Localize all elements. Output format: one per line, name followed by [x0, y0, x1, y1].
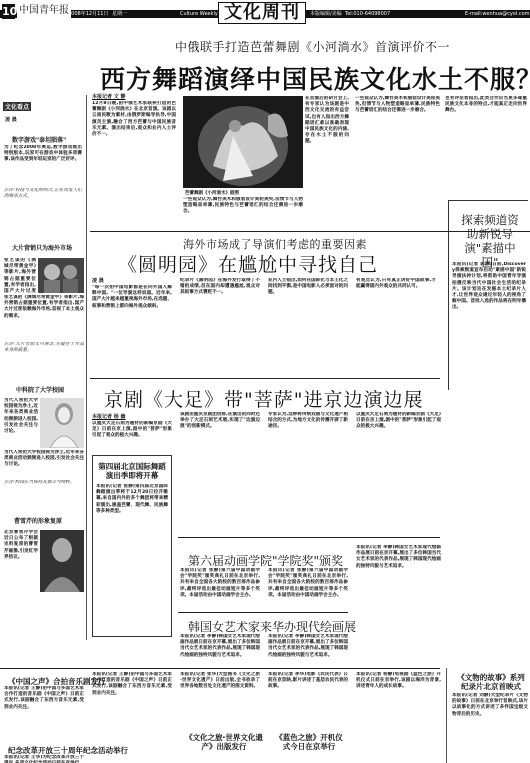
story4-headline: 第六届动画学院"学院奖"颁奖 [188, 552, 343, 569]
brief-body: 本报讯(记者 刘静)大型纪录片《文物的故事》日前在北京举行首映式,该片以故事化的… [452, 693, 528, 763]
section-english: Culture Weekly [180, 10, 218, 18]
discovery-headline: 探索频道资助新锐导演"素描中国" [456, 213, 524, 269]
story2-body-col-1: "每一次拍中国电影都是在向外国人解释中国。"一位导演这样说道。近年来,国产大片越… [92, 285, 172, 375]
brief-body: 本报讯(记者 王静)由中国与多国艺术家合作打造的音乐剧《中国之声》日前正式发行,… [92, 672, 172, 762]
film-still-image [38, 258, 84, 293]
email-address: E-mail:wenhua@cyol.com [465, 10, 530, 18]
section-divider [0, 668, 440, 669]
paper-logo: 中国青年报 [17, 4, 71, 18]
lead-photo-caption: 芭蕾舞剧《小河淌水》剧照 [185, 190, 239, 196]
story5-headline: 韩国女艺术家来华办现代绘画展 [188, 618, 356, 635]
sidebar-section-tag: 文化看点 [3, 102, 31, 111]
sidebar-author: 凌 晨 [5, 116, 17, 123]
issue-date: 2008年12月11日 [68, 10, 108, 18]
lead-body-col-2b: 一些观众认为,舞台美术和服装设计美轮美奂,但情节与人物塑造略显单薄,民族特色与芭… [183, 197, 303, 232]
lead-byline: 本报记者 文 静 [92, 93, 125, 100]
cao-xueqin-portrait-image [40, 530, 84, 592]
story2-body-col-3: 业内人士指出,如何在国际化与本土化之间找到平衡,是中国电影人必须面对的问题。 [268, 278, 348, 375]
section-divider [178, 537, 440, 538]
sidebar-item-comment: 点评:科技与文化的结合,正在改变人们的娱乐方式。 [4, 188, 82, 228]
section-divider [90, 378, 440, 379]
lead-headline: 西方舞蹈演绎中国民族文化水土不服？ [100, 60, 530, 96]
story2-body-col-2: 纪录片《圆明园》在海外发行取得了不错的成绩,但在国内却遭遇尴尬,观众对其叙事方式… [180, 278, 260, 375]
sidebar-divider [86, 95, 87, 640]
editor-info: 本版编辑/美编 [310, 10, 342, 18]
story5-body-col-2: 本报讯(记者 李静)韩国女艺术家现代绘画作品展日前在京开幕,展出了多位韩国当代女… [268, 634, 348, 664]
dance-season-headline: 第四届北京国际舞蹈演出季即将开幕 [96, 462, 168, 480]
story3-body-col-4: 以重庆大足石刻为题材的新编京剧《大足》日前在京上演,剧中的"菩萨"形象引起了观众… [356, 412, 441, 532]
lead-body-col-1: 12月8日晚,由中俄艺术家联袂打造的芭蕾舞剧《小河淌水》在北京首演。该剧以云南民… [92, 101, 176, 231]
sidebar-item-title: 曹雪芹的形象复原 [14, 516, 62, 525]
brief-body: 本报讯(记者 杨静)电视剧《蓝色之旅》开机仪式日前在京举行,该剧以海洋为背景,讲… [356, 672, 441, 762]
story3-body-col-2: 该剧由重庆京剧团创排,在演出的同时还举办了大足石刻艺术展,实现了"边演边展"的创… [180, 412, 260, 532]
sidebar-item-body: 为了纪念2008年奥运,数字游戏推出特别版本,玩家可在游戏中体验多项赛事,该作品… [4, 145, 82, 185]
story5-body-col-1: 本报讯(记者 李静)韩国女艺术家现代绘画作品展日前在京开幕,展出了多位韩国当代女… [180, 634, 260, 664]
lead-body-col-5: 也有评论者指出,此类合作应当更多尊重民族文化本身的特点,才能真正走向世界舞台。 [445, 96, 527, 196]
phone-number: Tel:010-64098007 [345, 10, 390, 18]
story5-body-col-3: 本报讯(记者 李静)韩国女艺术家现代绘画作品展日前在京开幕,展出了多位韩国当代女… [356, 545, 441, 665]
sidebar-item-body: 北京曹雪芹学会近日公布了根据史料复原的曹雪芹画像,引发红学界热议。 [4, 530, 38, 636]
sidebar-item-body: 当代人常把大学校园视为净土,近年来各类商业活动频频进入校园,引发社会关注与讨论。 [4, 398, 38, 446]
section-title: 文化周刊 [218, 2, 306, 24]
column-divider [446, 668, 447, 763]
ballet-dancer-image [183, 96, 303, 188]
sidebar-item-body: 张艺谋的《满城尽带黄金甲》等影片,海外营销占据重要位置,有学者指出,国产大片过度… [4, 258, 36, 293]
sidebar-item-title: 数字游戏"泰坦陨落" [12, 135, 66, 144]
story4-body-col-1: 本报讯(记者 张静)第六届中国动画学会"学院奖"颁奖典礼日前在北京举行,共有来自… [180, 568, 260, 608]
brief-body: 本报讯(记者 张华)大型图书《文化之旅·世界文化遗产》日前出版,全书收录了世界各… [180, 672, 260, 730]
story3-headline: 京剧《大足》带"菩萨"进京边演边展 [104, 385, 423, 412]
story4-body-col-2: 本报讯(记者 张静)第六届中国动画学会"学院奖"颁奖典礼日前在北京举行,共有来自… [268, 568, 348, 608]
section-divider [178, 612, 348, 613]
story2-headline: 《圆明园》在尴尬中寻找自己 [118, 250, 378, 277]
story2-byline: 凌 晨 [92, 277, 104, 284]
film-still-photo [38, 258, 84, 293]
story3-byline: 本报记者 杨 幽 [92, 413, 125, 420]
sidebar-item-title: 中科院了大学校园 [16, 385, 64, 394]
story2-body-col-4: 有观点认为,只有真正讲好中国故事,才能赢得国内外观众的共同认可。 [356, 278, 436, 375]
brief-title: 《文化之旅·世界文化遗产》出版发行 [184, 733, 264, 751]
sidebar-item-title: 大片营销只为海外市场 [12, 243, 72, 252]
woman-portrait-image [40, 398, 84, 448]
dance-season-body: 本报讯(记者 张静)第四届北京国际舞蹈演出季将于12月20日拉开帷幕,来自国内外… [96, 484, 168, 634]
brief-title: 《蓝色之旅》开机仪式今日在京举行 [274, 733, 344, 751]
story3-body-col-3: 专家认为,这种将传统戏曲与文化遗产相结合的方式,为地方文化的传播开辟了新途径。 [268, 412, 348, 532]
sidebar-item-body-cont: 当代人常把大学校园视为净土,近年来各类商业活动频频进入校园,引发社会关注与讨论。 [4, 450, 84, 478]
brief-body: 本报讯(记者 王静)由中国与多国艺术家合作打造的音乐剧《中国之声》日前正式发行,… [4, 686, 84, 736]
brief-title: 《文物的故事》系列纪录片北京首映式 [454, 673, 528, 691]
sidebar-item-comment: 点评:大片营销无可厚非,关键在于作品本身的质量。 [4, 342, 84, 377]
lead-kicker: 中俄联手打造芭蕾舞剧《小河淌水》首演评价不一 [175, 38, 450, 55]
sidebar-item-comment: 点评:校园应当保持其独立与纯粹。 [4, 480, 84, 508]
brief-body: 本报讯(记者 李华)电影《农民代表》日前在京首映,影片讲述了基层农民代表的故事。 [268, 672, 348, 727]
portrait-photo [40, 398, 84, 448]
brief-body: 本报讯(记者 王华)为纪念改革开放三十周年,多项文化纪念活动日前在京举行。 [4, 755, 84, 763]
page-number: 10 [2, 4, 15, 19]
story3-body-col-1: 以重庆大足石刻为题材的新编京剧《大足》日前在京上演,剧中的"菩萨"形象引起了观众… [92, 421, 172, 451]
issue-weekday: 星期一 [112, 10, 127, 18]
sidebar-item-body-cont: 张艺谋的《满城尽带黄金甲》等影片,海外营销占据重要位置,有学者指出,国产大片过度… [4, 295, 84, 340]
portrait-photo [40, 530, 84, 592]
lead-body-col-3: 在首演后的研讨会上,有专家认为该剧是中西文化交流的有益尝试,也有人指出西方舞蹈语… [305, 96, 349, 232]
discovery-body: 本报讯(记者 郭静)日前,Discovery探索频道宣布启动"素描中国"新锐导演… [452, 262, 526, 642]
lead-photo [183, 96, 303, 188]
lead-body-col-4: 一些观众认为,舞台美术和服装设计美轮美奂,但情节与人物塑造略显单薄,民族特色与芭… [355, 96, 440, 232]
